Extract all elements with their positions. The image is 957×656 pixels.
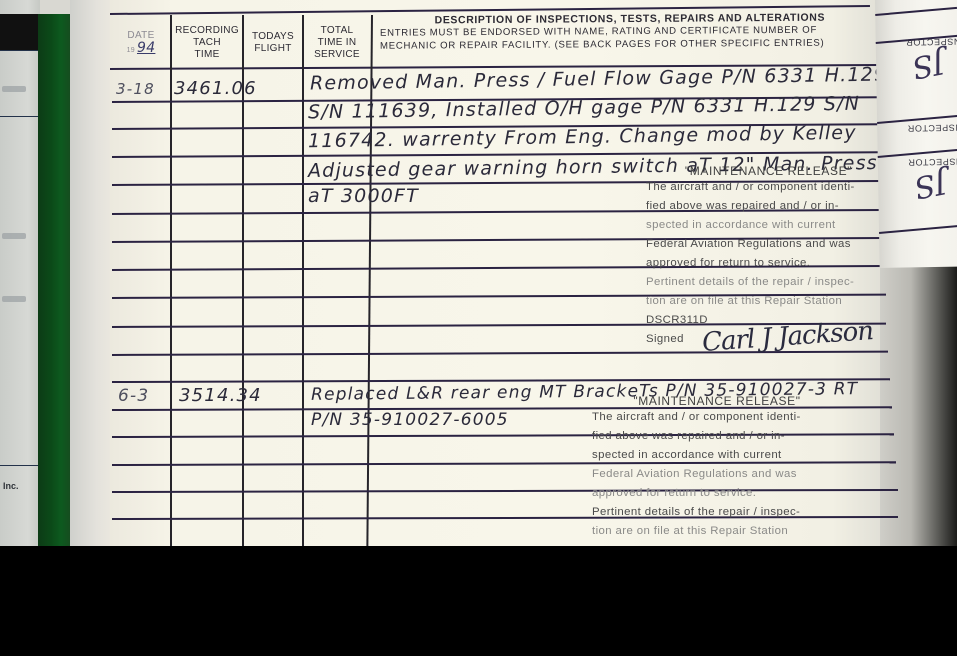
left-page-rule [0, 465, 40, 466]
left-page-text-smudge [2, 86, 26, 92]
header-text: RECORDING [175, 25, 239, 37]
inspector-rule [875, 7, 957, 16]
release-text-line: Federal Aviation Regulations and was [592, 465, 842, 484]
logbook-photo: Inc. DATE 19 94 RECORDING TACH TIME TODA… [0, 0, 957, 546]
header-text: TIME IN [318, 37, 357, 49]
release-text-line: tion are on file at this Repair Station [592, 522, 842, 541]
release-text-line: Federal Aviation Regulations and was [646, 235, 891, 254]
release-text-line: spected in accordance with current [592, 446, 842, 465]
release-text-line: fied above was repaired and / or in- [646, 197, 891, 216]
year-handwritten: 94 [137, 42, 155, 54]
green-binding-spine [38, 14, 71, 546]
year-prefix: 19 [127, 45, 135, 57]
entry-2-date: 6-3 [118, 386, 149, 406]
header-total-time-in-service: TOTAL TIME IN SERVICE [304, 18, 370, 68]
release-text-line: The aircraft and / or component identi- [646, 178, 891, 197]
release-text-line: Pertinent details of the repair / inspec… [592, 503, 842, 522]
header-recording-tach-time: RECORDING TACH TIME [172, 18, 242, 68]
maintenance-release-title: "MAINTENANCE RELEASE" [592, 394, 842, 408]
year-row: 19 94 [127, 42, 156, 57]
column-divider [302, 15, 304, 546]
inspector-signature: JS [911, 164, 950, 205]
left-page-dark-band [0, 14, 40, 50]
entry-1-tach-time: 3461.06 [174, 78, 257, 99]
release-text-line: Pertinent details of the repair / inspec… [646, 273, 891, 292]
left-page-text-smudge [2, 296, 26, 302]
header-date: DATE 19 94 [112, 18, 170, 68]
release-text-line: approved for return to service. [646, 254, 891, 273]
release-text-line: fied above was repaired and / or in- [592, 427, 842, 446]
page-gutter [70, 0, 115, 546]
release-text-line: spected in accordance with current [646, 216, 891, 235]
maintenance-release-stamp-2: "MAINTENANCE RELEASE" The aircraft and /… [592, 394, 842, 541]
release-text-line: approved for return to service. [592, 484, 842, 503]
left-page-rule [0, 116, 40, 117]
entry-2-tach-time: 3514.34 [179, 385, 262, 406]
header-text: TACH [193, 37, 221, 49]
inspector-label: INSPECTOR [907, 122, 957, 133]
entry-2-description-line2: P/N 35-910027-6005 [311, 410, 509, 430]
header-text: TIME [194, 49, 219, 61]
header-text: TOTAL [321, 25, 354, 37]
column-divider [170, 15, 172, 546]
inspector-signature: JS [909, 44, 948, 85]
header-text: SERVICE [314, 49, 360, 61]
header-todays-flight: TODAYS FLIGHT [244, 18, 302, 68]
header-description: DESCRIPTION OF INSPECTIONS, TESTS, REPAI… [380, 10, 880, 69]
left-page-fragment: Inc. [3, 481, 19, 491]
left-page-rule [0, 50, 40, 51]
release-text-line: The aircraft and / or component identi- [592, 408, 842, 427]
inspector-sheet: INSPECTOR JS INSPECTOR INSPECTOR JS [875, 0, 957, 268]
release-text-line: tion are on file at this Repair Station [646, 292, 891, 311]
left-page-edge: Inc. [0, 0, 40, 546]
entry-1-description-line5: aT 3000FT [308, 185, 419, 207]
entry-1-date: 3-18 [116, 80, 155, 98]
maintenance-release-title: "MAINTENANCE RELEASE" [646, 164, 891, 178]
description-instructions-line2: MECHANIC OR REPAIR FACILITY. (SEE BACK P… [380, 36, 880, 52]
left-page-text-smudge [2, 233, 26, 239]
inspector-rule [879, 225, 957, 234]
header-text: FLIGHT [254, 43, 291, 55]
header-text: TODAYS [252, 31, 294, 43]
